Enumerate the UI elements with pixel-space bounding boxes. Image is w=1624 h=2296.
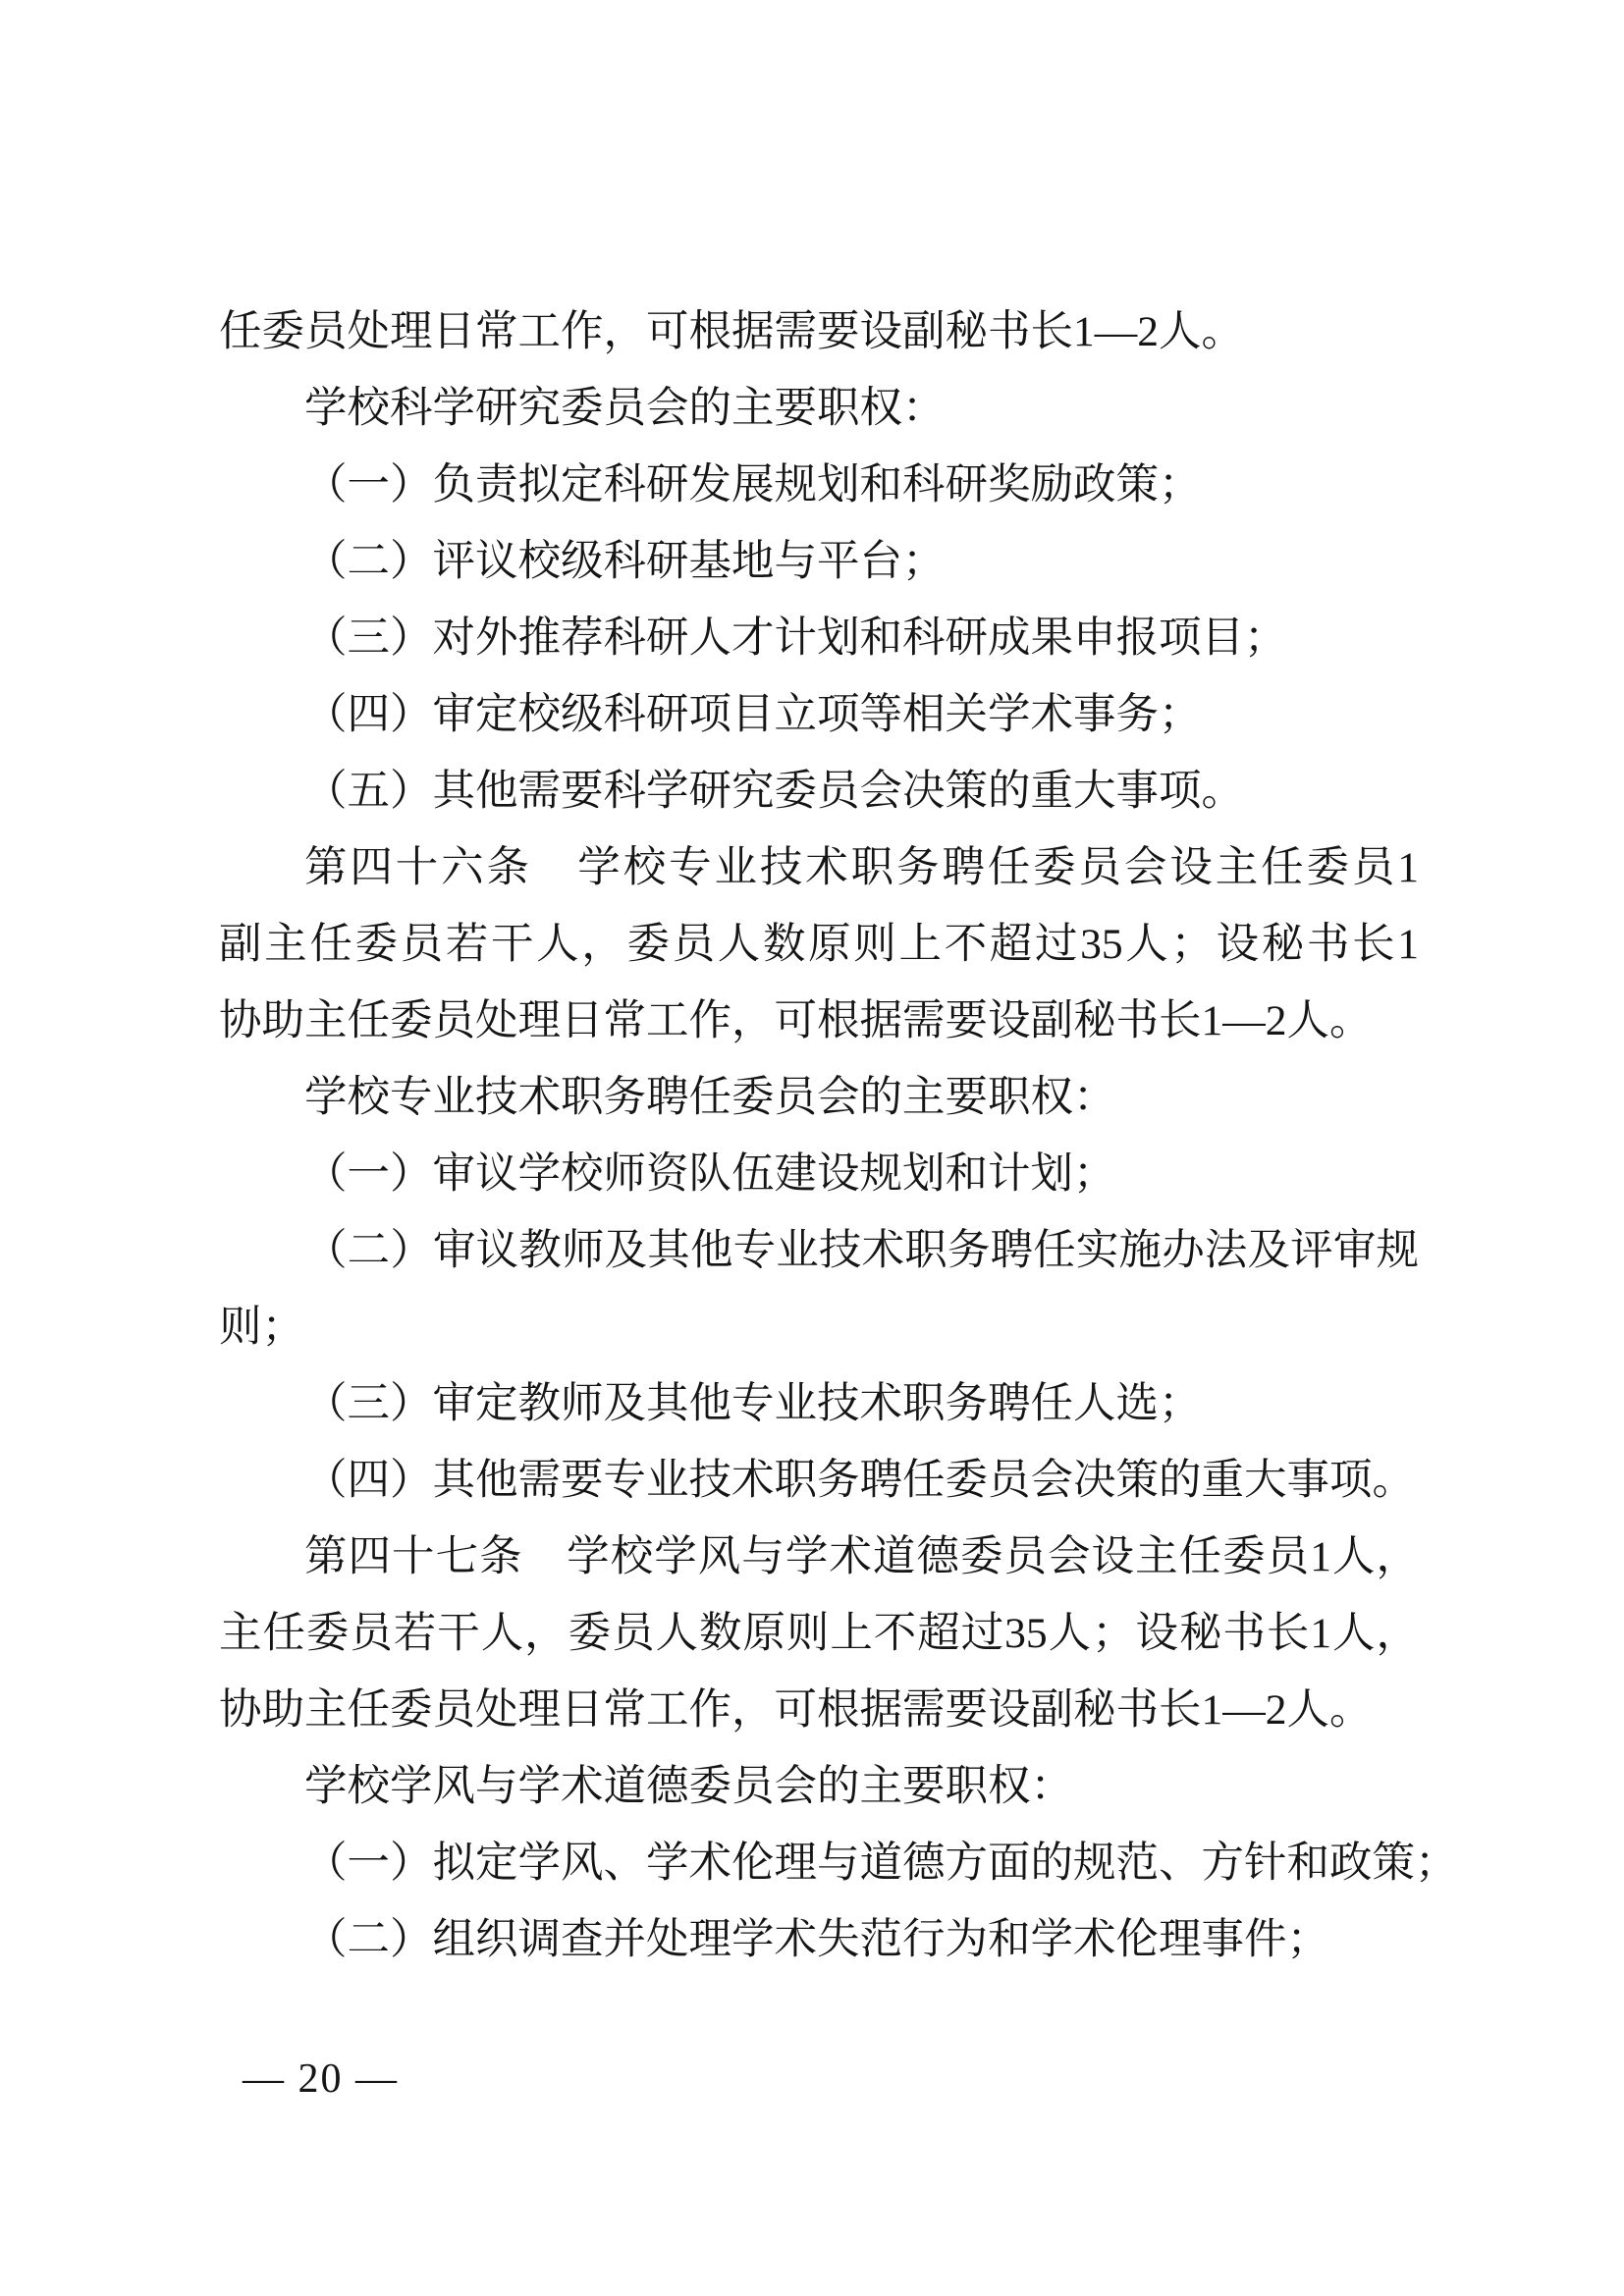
text-line: （二）组织调查并处理学术失范行为和学术伦理事件； [219, 1901, 1419, 1978]
text-line: 学校专业技术职务聘任委员会的主要职权： [219, 1059, 1419, 1136]
text-line: 则； [219, 1289, 1419, 1365]
text-line: （一）审议学校师资队伍建设规划和计划； [219, 1136, 1419, 1212]
text-line: （四）审定校级科研项目立项等相关学术事务； [219, 676, 1419, 753]
text-line: 学校学风与学术道德委员会的主要职权： [219, 1748, 1419, 1825]
document-page: 任委员处理日常工作，可根据需要设副秘书长1—2人。 学校科学研究委员会的主要职权… [0, 0, 1624, 2296]
text-line: 主任委员若干人，委员人数原则上不超过35人；设秘书长1人， [219, 1595, 1419, 1672]
text-block: 任委员处理日常工作，可根据需要设副秘书长1—2人。 学校科学研究委员会的主要职权… [219, 294, 1419, 1978]
text-line: （一）拟定学风、学术伦理与道德方面的规范、方针和政策； [219, 1825, 1419, 1901]
text-line: （五）其他需要科学研究委员会决策的重大事项。 [219, 753, 1419, 829]
text-line: （一）负责拟定科研发展规划和科研奖励政策； [219, 447, 1419, 523]
text-line: （四）其他需要专业技术职务聘任委员会决策的重大事项。 [219, 1442, 1419, 1519]
text-line: （三）对外推荐科研人才计划和科研成果申报项目； [219, 600, 1419, 676]
page-number: — 20 — [243, 2057, 399, 2101]
text-line: 协助主任委员处理日常工作，可根据需要设副秘书长1—2人。 [219, 1672, 1419, 1748]
text-line: （二）审议教师及其他专业技术职务聘任实施办法及评审规 [219, 1212, 1419, 1289]
text-line: 学校科学研究委员会的主要职权： [219, 370, 1419, 447]
text-line: 任委员处理日常工作，可根据需要设副秘书长1—2人。 [219, 294, 1419, 370]
text-line: （三）审定教师及其他专业技术职务聘任人选； [219, 1365, 1419, 1442]
text-line: 副主任委员若干人，委员人数原则上不超过35人；设秘书长1人， [219, 906, 1419, 983]
text-line: （二）评议校级科研基地与平台； [219, 523, 1419, 600]
text-line: 协助主任委员处理日常工作，可根据需要设副秘书长1—2人。 [219, 983, 1419, 1059]
text-line: 第四十七条 学校学风与学术道德委员会设主任委员1人，副 [219, 1519, 1419, 1595]
text-line: 第四十六条 学校专业技术职务聘任委员会设主任委员1人， [219, 829, 1419, 906]
